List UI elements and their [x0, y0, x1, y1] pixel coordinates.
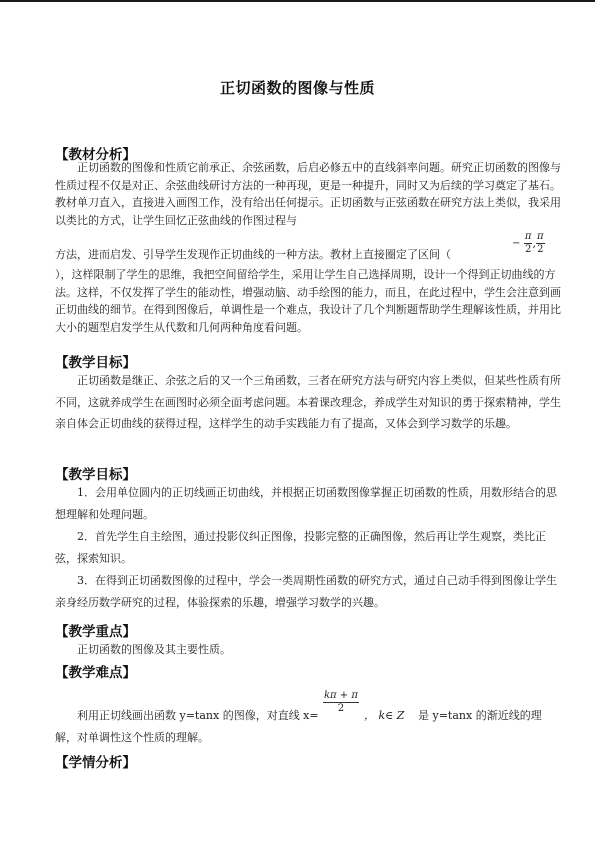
section-heading-key-points: 【教学重点】 — [55, 620, 136, 640]
section-heading-student-analysis: 【学情分析】 — [55, 751, 136, 771]
difficulties-line-2: 解，对单调性这个性质的理解。 — [55, 729, 209, 745]
fraction-pi-over-2: π 2 — [536, 231, 545, 256]
asymptote-fraction-numerator: kπ + π — [323, 690, 359, 703]
asymptote-fraction-denominator: 2 — [323, 703, 359, 715]
goal-item-2: 2．首先学生自主绘图，通过投影仪纠正图像，投影完整的正确图像，然后再让学生观察，… — [55, 526, 563, 569]
goal-item-3: 3．在得到正切函数图像的过程中，学会一类周期性函数的研究方式，通过自己动手得到图… — [55, 570, 563, 613]
textbook-analysis-paragraph-2: ），这样限制了学生的思维，我把空间留给学生，采用让学生自己选择周期，设计一个得到… — [55, 266, 563, 336]
textbook-analysis-paragraph-1: 正切函数的图像和性质它前承正、余弦函数，后启必修五中的直线斜率问题。研究正切函数… — [55, 159, 563, 229]
difficulties-line-1-prefix: 利用正切线画出函数 y=tanx 的图像，对直线 x= — [77, 707, 319, 723]
section-heading-difficulties: 【教学难点】 — [55, 661, 136, 681]
difficulties-line-1-suffix: 是 y=tanx 的渐近线的理 — [418, 707, 542, 723]
interval-fraction: − π 2 , π 2 — [512, 231, 545, 256]
document-title: 正切函数的图像与性质 — [0, 77, 595, 98]
goal-item-1: 1．会用单位圆内的正切线画正切曲线，并根据正切函数图像掌握正切函数的性质，用数形… — [55, 482, 563, 525]
key-points-paragraph: 正切函数的图像及其主要性质。 — [55, 639, 563, 661]
asymptote-fraction: kπ + π 2 — [323, 690, 359, 715]
page-top-border — [0, 0, 595, 2]
minus-sign: − — [512, 238, 520, 249]
section-heading-teaching-goals-2: 【教学目标】 — [55, 463, 136, 483]
textbook-analysis-interval-line: 方法，进而启发、引导学生发现作正切曲线的一种方法。教材上直接圈定了区间（ — [55, 246, 515, 262]
section-heading-teaching-goals: 【教学目标】 — [55, 351, 136, 371]
teaching-goals-paragraph: 正切函数是继正、余弦之后的又一个三角函数，三者在研究方法与研究内容上类似，但某些… — [55, 370, 563, 435]
k-in-z: ， k∈ Z — [364, 707, 404, 723]
